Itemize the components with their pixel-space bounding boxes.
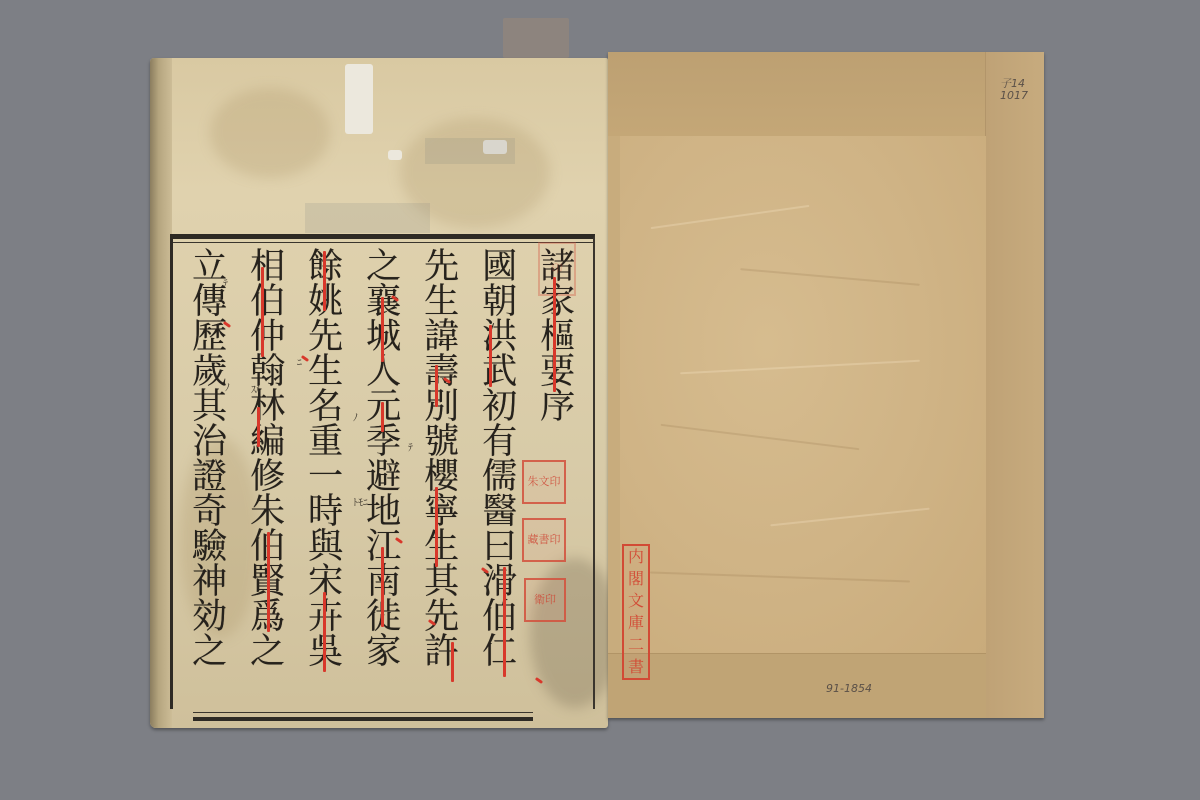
red-annotation-line <box>323 592 326 672</box>
text-columns: 諸家樞要序 國朝洪武初有儒醫曰滑伯仁 先生諱壽別號櫻寧生其先許 之襄城人元季避地… <box>179 247 581 667</box>
pencil-note-line: 1017 <box>1000 90 1028 102</box>
red-tick-mark <box>535 677 543 684</box>
red-annotation-line <box>503 567 506 677</box>
text-column-6: 相伯仲翰林編修朱伯賢爲之 <box>237 247 291 667</box>
paper-wrinkle <box>680 360 920 375</box>
right-page-cover-sheet: 子14 1017 91-1854 内 閣 文 庫 二 書 <box>608 52 1044 718</box>
red-annotation-line <box>381 547 384 627</box>
red-annotation-line <box>489 325 492 387</box>
kunten-mark: ﾉ <box>225 379 230 394</box>
text-column-3: 先生諱壽別號櫻寧生其先許 <box>411 247 465 667</box>
kunten-mark: ﾉ <box>353 409 358 424</box>
kunten-mark: ﾃ <box>408 439 413 454</box>
text-column-2: 國朝洪武初有儒醫曰滑伯仁 <box>469 247 523 667</box>
red-annotation-line <box>451 642 454 682</box>
red-annotation-line <box>381 402 384 432</box>
water-stain <box>210 88 330 178</box>
text-column-5: 餘姚先生名重一時與宋卉吳 <box>295 247 349 667</box>
kunten-mark: ﾆ <box>297 354 302 369</box>
red-annotation-line <box>261 267 264 357</box>
frame-inner-rule <box>173 242 593 243</box>
kunten-mark: ﾃ <box>223 275 228 290</box>
paper-band-right <box>985 52 1044 718</box>
red-annotation-line <box>381 297 384 362</box>
seal-glyph: 文 <box>628 592 644 610</box>
red-seal-stamp: 藏書印 <box>522 518 566 562</box>
seal-glyph: 閣 <box>628 570 644 588</box>
red-seal-stamp: 朱文印 <box>522 460 566 504</box>
faint-seal-stamp: 印 <box>538 242 576 296</box>
column-text: 餘姚先生名重一時與宋卉吳 <box>304 247 339 667</box>
red-annotation-line <box>435 487 438 567</box>
column-text: 國朝洪武初有儒醫曰滑伯仁 <box>478 247 513 667</box>
red-annotation-line <box>323 251 326 311</box>
seal-glyph: 内 <box>628 548 644 566</box>
background-paper-tab <box>503 18 569 58</box>
kunten-mark: ｽﾙ <box>251 381 261 396</box>
paper-tear <box>388 150 402 160</box>
red-annotation-line <box>435 365 438 407</box>
frame-bottom-rule <box>193 712 533 713</box>
kunten-mark: ﾄﾓﾆ <box>353 494 368 509</box>
text-column-4: 之襄城人元季避地江南徙家 <box>353 247 407 667</box>
frame-bottom-rule <box>193 717 533 721</box>
seal-glyph: 二 <box>628 636 644 654</box>
paper-tear <box>345 64 373 134</box>
paper-band-bottom <box>608 653 986 718</box>
left-page: 諸家樞要序 國朝洪武初有儒醫曰滑伯仁 先生諱壽別號櫻寧生其先許 之襄城人元季避地… <box>150 58 608 728</box>
paper-band-top <box>608 52 986 136</box>
repair-patch <box>305 203 430 233</box>
paper-wrinkle <box>661 424 860 450</box>
page-spine-edge <box>150 58 172 728</box>
repair-patch <box>425 138 515 164</box>
paper-wrinkle <box>740 268 919 286</box>
paper-wrinkle <box>770 508 929 527</box>
column-text: 立傳歷歲其治證奇驗神効之 <box>188 247 223 667</box>
paper-wrinkle <box>651 205 810 229</box>
catalog-number: 91-1854 <box>826 682 872 695</box>
seal-glyph: 書 <box>628 658 644 676</box>
pencil-note-top: 子14 1017 <box>1000 78 1028 102</box>
column-text: 之襄城人元季避地江南徙家 <box>362 247 397 667</box>
red-annotation-line <box>257 407 260 447</box>
library-seal-stamp: 内 閣 文 庫 二 書 <box>622 544 650 680</box>
red-annotation-line <box>267 532 270 632</box>
paper-wrinkle <box>650 571 910 582</box>
seal-glyph: 庫 <box>628 614 644 632</box>
inner-paper-sheet <box>620 136 986 654</box>
red-seal-stamp: 衛印 <box>524 578 566 622</box>
column-text: 先生諱壽別號櫻寧生其先許 <box>420 247 455 667</box>
text-column-7: 立傳歷歲其治證奇驗神効之 <box>179 247 233 667</box>
